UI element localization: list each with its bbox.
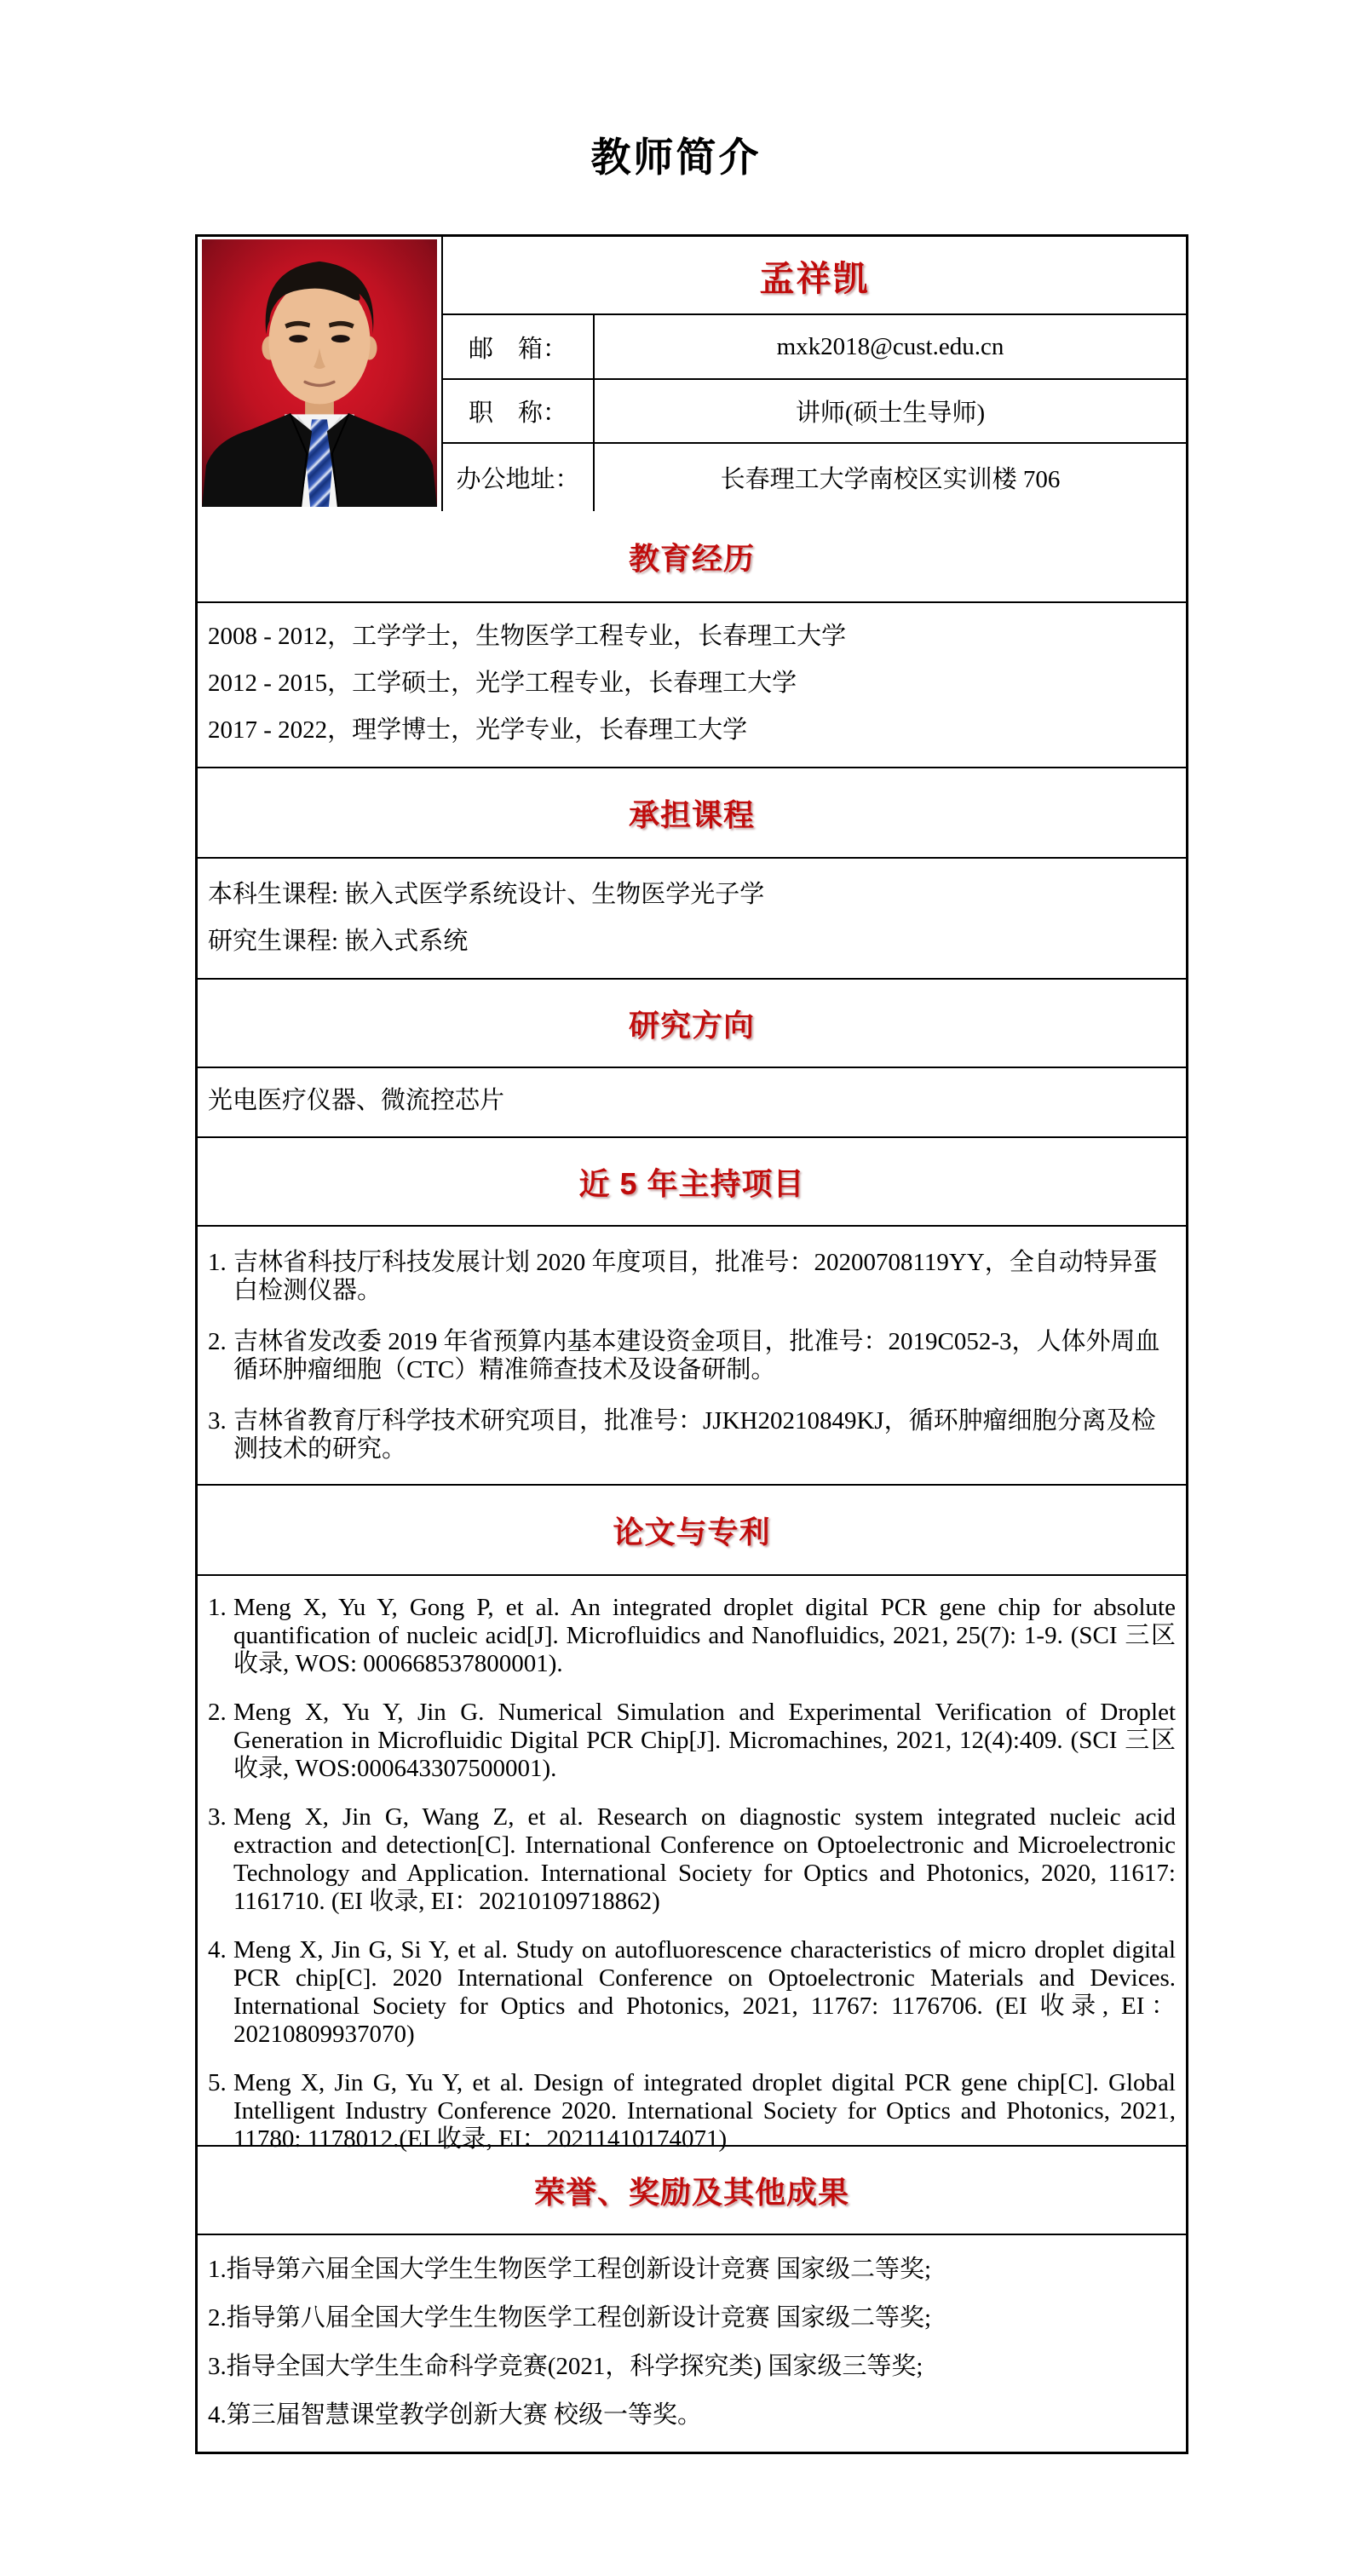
course-item: 研究生课程: 嵌入式系统	[208, 918, 1174, 965]
education-item: 2008 - 2012，工学学士，生物医学工程专业，长春理工大学	[208, 613, 1174, 660]
honor-item: 2.指导第八届全国大学生生物医学工程创新设计竞赛 国家级二等奖;	[208, 2304, 1174, 2332]
page-title: 教师简介	[0, 0, 1352, 183]
profile-table: 孟祥凯 邮 箱： mxk2018@cust.edu.cn 职 称： 讲师(硕士生…	[195, 234, 1188, 2454]
section-body-papers: 1.Meng X, Yu Y, Gong P, et al. An integr…	[198, 1576, 1186, 2145]
section-header-honors: 荣誉、奖励及其他成果	[198, 2145, 1186, 2235]
office-value: 长春理工大学南校区实训楼 706	[595, 444, 1186, 511]
job-title-value: 讲师(硕士生导师)	[595, 380, 1186, 442]
profile-photo-icon	[202, 239, 437, 507]
job-title-row: 职 称： 讲师(硕士生导师)	[443, 380, 1186, 444]
paper-text: Meng X, Yu Y, Jin G. Numerical Simulatio…	[233, 1699, 1176, 1782]
research-item: 光电医疗仪器、微流控芯片	[208, 1078, 1174, 1124]
section-header-papers: 论文与专利	[198, 1484, 1186, 1576]
office-label: 办公地址：	[443, 444, 595, 511]
info-block: 孟祥凯 邮 箱： mxk2018@cust.edu.cn 职 称： 讲师(硕士生…	[198, 237, 1186, 511]
paper-number: 4.	[208, 1936, 233, 1964]
paper-item: 1.Meng X, Yu Y, Gong P, et al. An integr…	[208, 1594, 1176, 1678]
section-body-projects: 1.吉林省科技厅科技发展计划 2020 年度项目，批准号：20200708119…	[198, 1227, 1186, 1484]
project-text: 吉林省教育厅科学技术研究项目，批准号：JJKH20210849KJ，循环肿瘤细胞…	[233, 1407, 1156, 1463]
job-title-label: 职 称：	[443, 380, 595, 442]
section-body-education: 2008 - 2012，工学学士，生物医学工程专业，长春理工大学 2012 - …	[198, 603, 1186, 767]
paper-number: 5.	[208, 2069, 233, 2097]
email-value: mxk2018@cust.edu.cn	[595, 315, 1186, 378]
paper-text: Meng X, Jin G, Si Y, et al. Study on aut…	[233, 1936, 1176, 2048]
honor-item: 1.指导第六届全国大学生生物医学工程创新设计竞赛 国家级二等奖;	[208, 2256, 1174, 2284]
paper-number: 3.	[208, 1803, 233, 1831]
project-item: 2.吉林省发改委 2019 年省预算内基本建设资金项目，批准号：2019C052…	[208, 1328, 1176, 1384]
person-name: 孟祥凯	[443, 237, 1186, 315]
section-body-research: 光电医疗仪器、微流控芯片	[198, 1068, 1186, 1136]
paper-item: 3.Meng X, Jin G, Wang Z, et al. Research…	[208, 1803, 1176, 1916]
section-header-education: 教育经历	[198, 511, 1186, 603]
section-header-projects: 近 5 年主持项目	[198, 1136, 1186, 1227]
education-item: 2012 - 2015，工学硕士，光学工程专业，长春理工大学	[208, 660, 1174, 707]
project-text: 吉林省发改委 2019 年省预算内基本建设资金项目，批准号：2019C052-3…	[233, 1328, 1160, 1383]
course-item: 本科生课程: 嵌入式医学系统设计、生物医学光子学	[208, 871, 1174, 918]
project-text: 吉林省科技厅科技发展计划 2020 年度项目，批准号：20200708119YY…	[233, 1249, 1158, 1304]
section-body-courses: 本科生课程: 嵌入式医学系统设计、生物医学光子学 研究生课程: 嵌入式系统	[198, 859, 1186, 978]
paper-text: Meng X, Jin G, Yu Y, et al. Design of in…	[233, 2069, 1176, 2153]
paper-number: 1.	[208, 1594, 233, 1622]
project-item: 3.吉林省教育厅科学技术研究项目，批准号：JJKH20210849KJ，循环肿瘤…	[208, 1407, 1176, 1463]
honor-item: 3.指导全国大学生生命科学竞赛(2021，科学探究类) 国家级三等奖;	[208, 2353, 1174, 2381]
section-header-courses: 承担课程	[198, 767, 1186, 859]
photo-cell	[198, 237, 443, 511]
project-item: 1.吉林省科技厅科技发展计划 2020 年度项目，批准号：20200708119…	[208, 1249, 1176, 1305]
paper-text: Meng X, Jin G, Wang Z, et al. Research o…	[233, 1803, 1176, 1915]
office-row: 办公地址： 长春理工大学南校区实训楼 706	[443, 444, 1186, 511]
project-number: 2.	[208, 1328, 233, 1356]
section-body-honors: 1.指导第六届全国大学生生物医学工程创新设计竞赛 国家级二等奖; 2.指导第八届…	[198, 2235, 1186, 2452]
paper-item: 4.Meng X, Jin G, Si Y, et al. Study on a…	[208, 1936, 1176, 2049]
section-header-research: 研究方向	[198, 978, 1186, 1068]
paper-text: Meng X, Yu Y, Gong P, et al. An integrat…	[233, 1594, 1176, 1677]
honor-item: 4.第三届智慧课堂教学创新大赛 校级一等奖。	[208, 2401, 1174, 2429]
paper-item: 2.Meng X, Yu Y, Jin G. Numerical Simulat…	[208, 1699, 1176, 1783]
email-row: 邮 箱： mxk2018@cust.edu.cn	[443, 315, 1186, 380]
email-label: 邮 箱：	[443, 315, 595, 378]
education-item: 2017 - 2022，理学博士，光学专业，长春理工大学	[208, 707, 1174, 754]
project-number: 1.	[208, 1249, 233, 1277]
identity-rows: 孟祥凯 邮 箱： mxk2018@cust.edu.cn 职 称： 讲师(硕士生…	[443, 237, 1186, 511]
project-number: 3.	[208, 1407, 233, 1435]
paper-item: 5.Meng X, Jin G, Yu Y, et al. Design of …	[208, 2069, 1176, 2153]
paper-number: 2.	[208, 1699, 233, 1727]
